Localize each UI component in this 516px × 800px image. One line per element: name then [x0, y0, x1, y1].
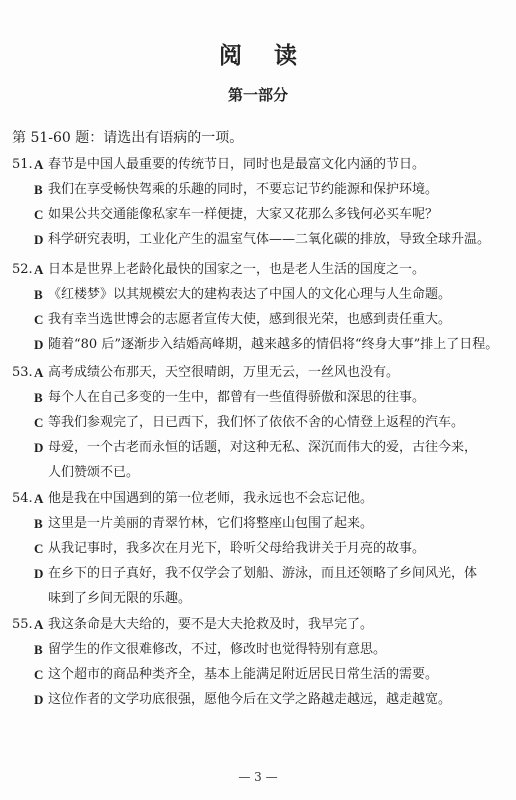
option-letter: D: [34, 332, 43, 357]
option-a: 55.A我这条命是大夫给的，要不是大夫抢救及时，我早完了。: [12, 612, 507, 637]
option-text: 如果公共交通能像私家车一样便捷，大家又花那么多钱何必买车呢？: [46, 202, 438, 227]
question-53: 53.A高考成绩公布那天，天空很晴朗，万里无云，一丝风也没有。 B每个人在自己多…: [12, 360, 507, 485]
option-text: 等我们参观完了，日已西下，我们怀了依依不舍的心情登上返程的汽车。: [46, 410, 464, 435]
option-d: D在乡下的日子真好，我不仅学会了划船、游泳，而且还领略了乡间风光，体味到了乡间无…: [12, 561, 507, 611]
option-text: 这里是一片美丽的青翠竹林，它们将整座山包围了起来。: [46, 511, 373, 536]
question-52: 52.A日本是世界上老龄化最快的国家之一，也是老人生活的国度之一。 B《红楼梦》…: [12, 257, 507, 357]
option-d: D科学研究表明，工业化产生的温室气体——二氧化碳的排放，导致全球升温。: [12, 227, 507, 252]
option-text: 我们在享受畅快驾乘的乐趣的同时，不要忘记节约能源和保护环境。: [46, 177, 438, 202]
option-b: B这里是一片美丽的青翠竹林，它们将整座山包围了起来。: [12, 511, 507, 536]
question-number: 55.: [12, 612, 33, 637]
option-letter: B: [34, 511, 43, 536]
question-number: 52.: [12, 257, 33, 282]
option-letter: B: [34, 637, 43, 662]
option-text: 科学研究表明，工业化产生的温室气体——二氧化碳的排放，导致全球升温。: [46, 227, 490, 252]
option-a: 54.A他是我在中国遇到的第一位老师，我永远也不会忘记他。: [12, 486, 507, 511]
option-letter: C: [34, 410, 43, 435]
option-c: C如果公共交通能像私家车一样便捷，大家又花那么多钱何必买车呢？: [12, 202, 507, 227]
question-number: 53.: [12, 360, 33, 385]
option-letter: D: [34, 435, 43, 460]
option-letter: A: [34, 486, 43, 511]
option-a: 53.A高考成绩公布那天，天空很晴朗，万里无云，一丝风也没有。: [12, 360, 507, 385]
option-letter: D: [34, 561, 43, 586]
option-b: B留学生的作文很难修改，不过，修改时也觉得特别有意思。: [12, 637, 507, 662]
option-letter: B: [34, 385, 43, 410]
option-b: B每个人在自己多变的一生中，都曾有一些值得骄傲和深思的往事。: [12, 385, 507, 410]
option-letter: D: [34, 227, 43, 252]
question-number: 54.: [12, 486, 33, 511]
option-d: D随着“80 后”逐渐步入结婚高峰期，越来越多的情侣将“终身大事”排上了日程。: [12, 332, 507, 357]
option-letter: B: [34, 177, 43, 202]
option-letter: A: [34, 360, 43, 385]
option-letter: D: [34, 687, 43, 712]
option-text: 日本是世界上老龄化最快的国家之一，也是老人生活的国度之一。: [46, 257, 425, 282]
option-letter: B: [34, 282, 43, 307]
option-text: 《红楼梦》以其规模宏大的建构表达了中国人的文化心理与人生命题。: [46, 282, 451, 307]
instruction: 第 51-60 题：请选出有语病的一项。: [12, 127, 243, 147]
option-a: 51.A春节是中国人最重要的传统节日，同时也是最富文化内涵的节日。: [12, 152, 507, 177]
option-text: 我有幸当选世博会的志愿者宣传大使，感到很光荣，也感到责任重大。: [46, 307, 451, 332]
option-c: C这个超市的商品种类齐全，基本上能满足附近居民日常生活的需要。: [12, 662, 507, 687]
option-d: D这位作者的文学功底很强，愿他今后在文学之路越走越远，越走越宽。: [12, 687, 507, 712]
option-d: D母爱，一个古老而永恒的话题，对这种无私、深沉而伟大的爱，古往今来，人们赞颂不已…: [12, 435, 507, 485]
section-title: 第一部分: [0, 84, 516, 105]
option-letter: C: [34, 662, 43, 687]
question-number: 51.: [12, 152, 33, 177]
option-text: 我这条命是大夫给的，要不是大夫抢救及时，我早完了。: [46, 612, 373, 637]
option-text: 在乡下的日子真好，我不仅学会了划船、游泳，而且还领略了乡间风光，体味到了乡间无限…: [46, 561, 478, 611]
option-text: 他是我在中国遇到的第一位老师，我永远也不会忘记他。: [46, 486, 373, 511]
option-b: B我们在享受畅快驾乘的乐趣的同时，不要忘记节约能源和保护环境。: [12, 177, 507, 202]
page-number: — 3 —: [0, 770, 516, 784]
option-letter: C: [34, 202, 43, 227]
option-a: 52.A日本是世界上老龄化最快的国家之一，也是老人生活的国度之一。: [12, 257, 507, 282]
option-letter: A: [34, 257, 43, 282]
option-text: 这位作者的文学功底很强，愿他今后在文学之路越走越远，越走越宽。: [46, 687, 451, 712]
question-55: 55.A我这条命是大夫给的，要不是大夫抢救及时，我早完了。 B留学生的作文很难修…: [12, 612, 507, 712]
option-c: C从我记事时，我多次在月光下，聆听父母给我讲关于月亮的故事。: [12, 536, 507, 561]
option-c: C我有幸当选世博会的志愿者宣传大使，感到很光荣，也感到责任重大。: [12, 307, 507, 332]
option-c: C等我们参观完了，日已西下，我们怀了依依不舍的心情登上返程的汽车。: [12, 410, 507, 435]
option-text: 春节是中国人最重要的传统节日，同时也是最富文化内涵的节日。: [46, 152, 425, 177]
page-title: 阅 读: [0, 37, 516, 70]
option-letter: C: [34, 536, 43, 561]
option-text: 随着“80 后”逐渐步入结婚高峰期，越来越多的情侣将“终身大事”排上了日程。: [46, 332, 498, 357]
question-54: 54.A他是我在中国遇到的第一位老师，我永远也不会忘记他。 B这里是一片美丽的青…: [12, 486, 507, 611]
option-text: 高考成绩公布那天，天空很晴朗，万里无云，一丝风也没有。: [46, 360, 399, 385]
option-text: 这个超市的商品种类齐全，基本上能满足附近居民日常生活的需要。: [46, 662, 438, 687]
option-text: 从我记事时，我多次在月光下，聆听父母给我讲关于月亮的故事。: [46, 536, 425, 561]
option-letter: A: [34, 152, 43, 177]
option-letter: A: [34, 612, 43, 637]
question-51: 51.A春节是中国人最重要的传统节日，同时也是最富文化内涵的节日。 B我们在享受…: [12, 152, 507, 252]
option-b: B《红楼梦》以其规模宏大的建构表达了中国人的文化心理与人生命题。: [12, 282, 507, 307]
option-text: 母爱，一个古老而永恒的话题，对这种无私、深沉而伟大的爱，古往今来，人们赞颂不已。: [46, 435, 478, 485]
option-text: 留学生的作文很难修改，不过，修改时也觉得特别有意思。: [46, 637, 386, 662]
option-letter: C: [34, 307, 43, 332]
option-text: 每个人在自己多变的一生中，都曾有一些值得骄傲和深思的往事。: [46, 385, 425, 410]
